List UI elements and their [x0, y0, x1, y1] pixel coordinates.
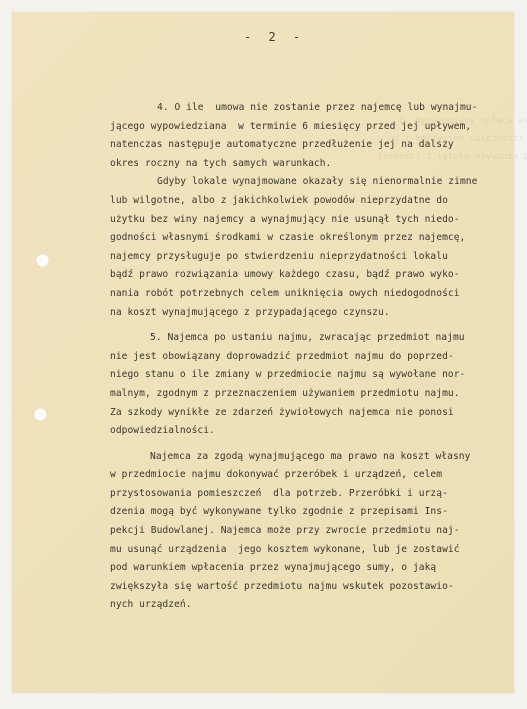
text-line: najemcy przysługuje po stwierdzeniu niep…	[110, 248, 527, 267]
text-line: użytku bez winy najemcy a wynajmujący ni…	[110, 211, 527, 230]
text-line: Za szkody wynikłe ze zdarzeń żywiołowych…	[110, 404, 527, 423]
text-line: zwiększyła się wartość przedmiotu najmu …	[110, 578, 527, 597]
text-line: w przedmiocie najmu dokonywać przeróbek …	[110, 466, 527, 485]
paragraph-5b: Najemca za zgodą wynajmującego ma prawo …	[110, 448, 527, 615]
text-line: nych urządzeń.	[110, 596, 527, 615]
text-line: okres roczny na tych samych warunkach.	[110, 155, 527, 174]
document-body: 4. O ile umowa nie zostanie przez najemc…	[110, 99, 527, 615]
text-line: pekcji Budowlanej. Najemca może przy zwr…	[110, 522, 527, 541]
text-line: 4. O ile umowa nie zostanie przez najemc…	[110, 99, 527, 118]
text-line: na koszt wynajmującego z przypadającego …	[110, 304, 527, 323]
text-line: 5. Najemca po ustaniu najmu, zwracając p…	[110, 329, 527, 348]
text-line: bądź prawo rozwiązania umowy każdego cza…	[110, 266, 527, 285]
text-line: przystosowania pomieszczeń dla potrzeb. …	[110, 485, 527, 504]
text-line: nie jest obowiązany doprowadzić przedmio…	[110, 348, 527, 367]
document-page: 6. Wynajmujący opłaca wszelkie podatki o…	[12, 12, 514, 693]
text-line: niego stanu o ile zmiany w przedmiocie n…	[110, 366, 527, 385]
text-line: nania robót potrzebnych celem uniknięcia…	[110, 285, 527, 304]
text-line: godności własnymi środkami w czasie okre…	[110, 229, 527, 248]
text-line: natenczas następuje automatyczne przedłu…	[110, 136, 527, 155]
text-line: jącego wypowiedziana w terminie 6 miesię…	[110, 118, 527, 137]
text-line: mu usunąć urządzenia jego kosztem wykona…	[110, 541, 527, 560]
page-number: - 2 -	[244, 30, 305, 44]
punch-hole-bottom	[34, 408, 47, 421]
text-line: odpowiedzialności.	[110, 422, 527, 441]
punch-hole-top	[36, 254, 49, 267]
paragraph-4: 4. O ile umowa nie zostanie przez najemc…	[110, 99, 527, 173]
text-line: lub wilgotne, albo z jakichkolwiek powod…	[110, 192, 527, 211]
text-line: pod warunkiem wpłacenia przez wynajmując…	[110, 559, 527, 578]
paragraph-4b: Gdyby lokale wynajmowane okazały się nie…	[110, 173, 527, 322]
paragraph-5: 5. Najemca po ustaniu najmu, zwracając p…	[110, 329, 527, 441]
text-line: malnym, zgodnym z przeznaczeniem używani…	[110, 385, 527, 404]
text-line: dzenia mogą być wykonywane tylko zgodnie…	[110, 503, 527, 522]
text-line: Gdyby lokale wynajmowane okazały się nie…	[110, 173, 527, 192]
text-line: Najemca za zgodą wynajmującego ma prawo …	[110, 448, 527, 467]
